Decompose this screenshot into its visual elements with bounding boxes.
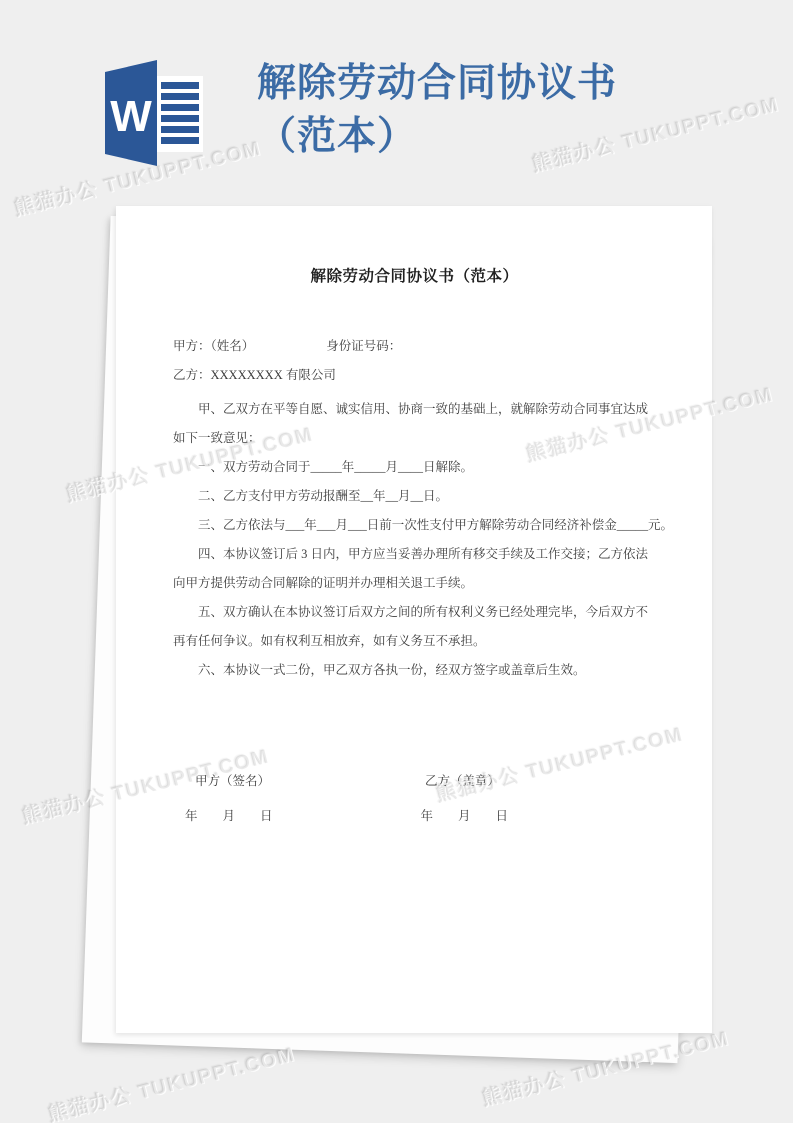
party-a-signature-label: 甲方（签名） bbox=[195, 767, 270, 796]
clause-2: 二、乙方支付甲方劳动报酬至__年__月__日。 bbox=[173, 482, 656, 511]
word-icon-graphic: W bbox=[99, 55, 207, 169]
document-title: 解除劳动合同协议书（范本） bbox=[173, 264, 656, 286]
watermark: 熊猫办公 TUKUPPT.COM bbox=[44, 1038, 297, 1123]
intro-paragraph: 甲、乙双方在平等自愿、诚实信用、协商一致的基础上，就解除劳动合同事宜达成如下一致… bbox=[173, 395, 656, 453]
party-a-label: 甲方：（姓名） bbox=[173, 339, 254, 353]
clause-3: 三、乙方依法与___年___月___日前一次性支付甲方解除劳动合同经济补偿金__… bbox=[173, 511, 656, 540]
party-b-date-line: 年 月 日 bbox=[421, 802, 509, 831]
clause-5: 五、双方确认在本协议签订后双方之间的所有权利义务已经处理完毕，今后双方不再有任何… bbox=[173, 598, 656, 656]
clause-6: 六、本协议一式二份，甲乙双方各执一份，经双方签字或盖章后生效。 bbox=[173, 656, 656, 685]
svg-text:W: W bbox=[110, 92, 152, 141]
date-row: 年 月 日年 月 日 bbox=[173, 802, 656, 831]
party-b-line: 乙方：XXXXXXXX 有限公司 bbox=[173, 361, 656, 390]
party-a-id-label: 身份证号码： bbox=[326, 339, 401, 353]
header-title: 解除劳动合同协议书（范本） bbox=[257, 57, 687, 163]
clause-4: 四、本协议签订后 3 日内，甲方应当妥善办理所有移交手续及工作交接；乙方依法向甲… bbox=[173, 540, 656, 598]
party-a-date-line: 年 月 日 bbox=[185, 802, 273, 831]
party-a-line: 甲方：（姓名）身份证号码： bbox=[173, 332, 656, 361]
signature-row: 甲方（签名）乙方（盖章） bbox=[173, 767, 656, 796]
clause-1: 一、双方劳动合同于_____年_____月____日解除。 bbox=[173, 453, 656, 482]
document-page: 解除劳动合同协议书（范本） 甲方：（姓名）身份证号码： 乙方：XXXXXXXX … bbox=[116, 206, 712, 1033]
word-icon: W bbox=[99, 55, 207, 169]
party-b-seal-label: 乙方（盖章） bbox=[425, 767, 500, 796]
header: W 解除劳动合同协议书（范本） bbox=[99, 55, 687, 169]
